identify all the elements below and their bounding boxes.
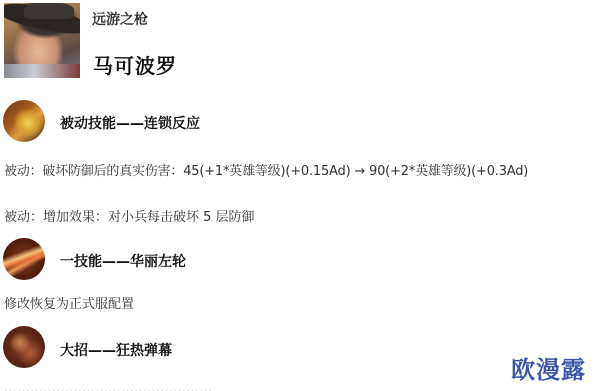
passive-effect-description: 被动：增加效果：对小兵每击破坏 5 层防御 — [4, 206, 255, 225]
skill1-description: 修改恢复为正式服配置 — [4, 293, 134, 312]
collar-shape — [4, 64, 80, 78]
hat-brim-shape — [24, 3, 74, 19]
passive-skill-title: 被动技能——连锁反应 — [60, 113, 200, 133]
passive-damage-description: 被动：破坏防御后的真实伤害：45(+1*英雄等级)(+0.15Ad) → 90(… — [4, 160, 528, 179]
hero-name: 马可波罗 — [93, 50, 177, 79]
skill1-title: 一技能——华丽左轮 — [60, 251, 186, 271]
passive-skill-icon — [3, 100, 45, 142]
skill1-icon — [3, 238, 45, 280]
hero-subtitle: 远游之枪 — [92, 9, 148, 29]
ultimate-description-cutoff: ………………………………………… — [4, 381, 212, 391]
ultimate-title: 大招——狂热弹幕 — [60, 340, 172, 360]
ultimate-icon — [3, 326, 45, 368]
hero-portrait — [4, 3, 80, 78]
watermark-logo: 欧漫露 — [511, 350, 586, 385]
